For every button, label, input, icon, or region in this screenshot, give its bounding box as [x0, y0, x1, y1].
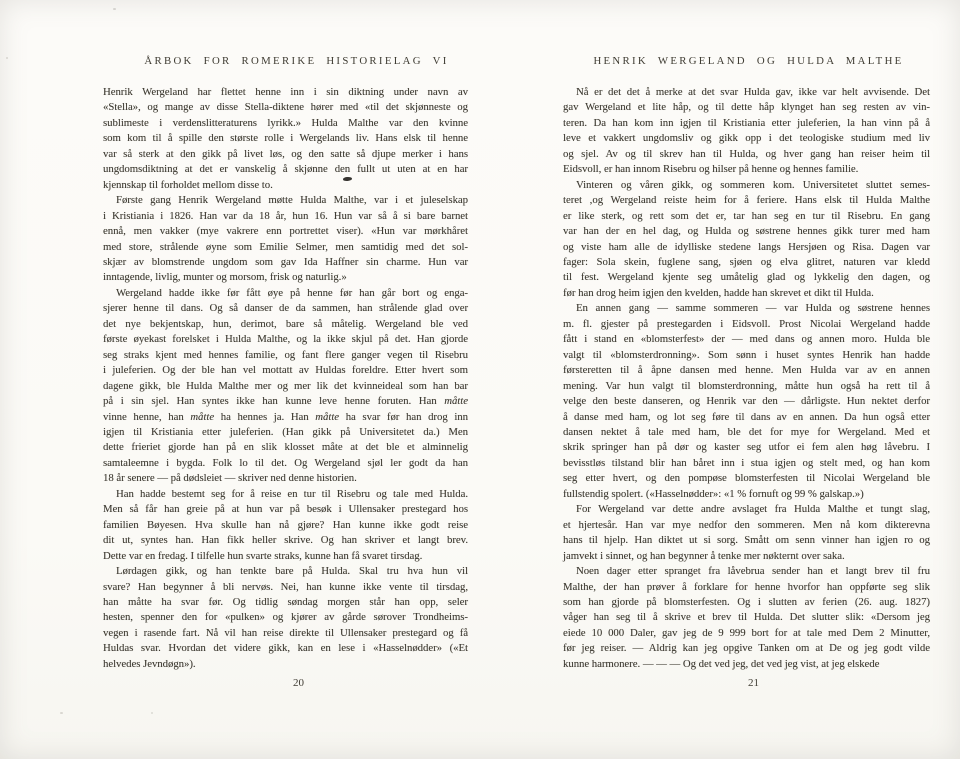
text-line: på i sin sjel. Han syntes ikke han kunne…	[103, 394, 468, 409]
scan-speck	[113, 8, 116, 10]
text-line: er like sterk, og rett som det er, tar h…	[563, 209, 930, 224]
text-line: velge den beste danseren, og Henrik var …	[563, 394, 930, 409]
text-line: før han drog heim igjen den kvelden, had…	[563, 286, 930, 301]
text-line: kunne harmonere. — — — Og det ved jeg, d…	[563, 657, 930, 672]
scan-speck	[6, 57, 8, 59]
text-line: seg etter hvert, og den pompøse blomster…	[563, 471, 930, 486]
text-line: samtaleemne i bygda. Folk lo til det. Og…	[103, 456, 468, 471]
scan-speck	[151, 712, 153, 714]
text-line: mening. Var hun valgt til blomsterdronni…	[563, 379, 930, 394]
text-line: Malthe, der han prøver å forklare for he…	[563, 580, 930, 595]
text-line: det nye bekjentskap, hun, derimot, bare …	[103, 317, 468, 332]
text-line: førsteretten til å åpne dansen med henne…	[563, 363, 930, 378]
text-line: skrik springer han på dør og kaster seg …	[563, 440, 930, 455]
text-line: Vinteren og våren gikk, og sommeren kom.…	[563, 178, 930, 193]
text-line: Dette var en fredag. I tilfelle hun svar…	[103, 549, 468, 564]
right-page-number: 21	[570, 677, 937, 689]
text-line: han måtte ha svar før. Og tidlig søndag …	[103, 595, 468, 610]
text-line: fager: Sola skein, fuglene sang, sjøen o…	[563, 255, 930, 270]
left-page: ÅRBOK FOR ROMERIKE HISTORIELAG VI Henrik…	[103, 0, 468, 759]
right-running-header: HENRIK WERGELAND OG HULDA MALTHE	[565, 55, 932, 67]
text-line: svare? Han begynner å bli nervøs. Nei, h…	[103, 580, 468, 595]
text-line: Han hadde bestemt seg for å reise en tur…	[103, 487, 468, 502]
text-line: teren. Da han kom inn igjen til Kristian…	[563, 116, 930, 131]
text-line: Huldas svar. Hvordan det videre gikk, ka…	[103, 641, 468, 656]
text-line: våger han seg til å skrive et brev til H…	[563, 610, 930, 625]
text-line: En annen gang — samme sommeren — var Hul…	[563, 301, 930, 316]
text-line: vinne henne, han måtte ha hennes ja. Han…	[103, 410, 468, 425]
text-line: sjerer henne til dans. Og så danser de d…	[103, 301, 468, 316]
text-line: hans til hjelp. Han diktet ut si sorg. S…	[563, 533, 930, 548]
text-line: leve et vakkert ungdomsliv og gikk opp i…	[563, 131, 930, 146]
text-line: dagene gikk, ble Hulda Malthe mer og mer…	[103, 379, 468, 394]
text-line: ennå, men vakker (mye vakrere enn portre…	[103, 224, 468, 239]
text-line: «Stella», og mange av disse Stella-dikte…	[103, 100, 468, 115]
text-line: å danse med ham, og lot seg føre til dan…	[563, 410, 930, 425]
text-line: som kom til å spille den største rolle i…	[103, 131, 468, 146]
text-line: ungdomsdiktning at det er vanskelig å sk…	[103, 162, 468, 177]
text-line: hesten, spenner den for «pulken» og kjør…	[103, 610, 468, 625]
text-line: med store, strålende øyne som Emilie Sel…	[103, 240, 468, 255]
text-line: fått i stand en «blomsterfest» der — med…	[563, 332, 930, 347]
text-line: var han der en hel dag, og Hulda og søst…	[563, 224, 930, 239]
text-line: fullstendig spolert. («Hasselnødder»: «1…	[563, 487, 930, 502]
scan-speck	[60, 712, 63, 714]
text-line: dette frieriet gjorde han på en slik klo…	[103, 440, 468, 455]
text-line: seg straks kjent med hennes familie, og …	[103, 348, 468, 363]
left-page-body-text: Henrik Wergeland har flettet henne inn i…	[103, 85, 468, 672]
text-line: teret ,og Wergeland reiste heim for å fe…	[563, 193, 930, 208]
text-line: Wergeland hadde ikke før fått øye på hen…	[103, 286, 468, 301]
left-page-number: 20	[116, 677, 481, 689]
text-line: Eidsvoll, er han innom Risebru og hilser…	[563, 162, 930, 177]
text-line: familien Bøyesen. Hva skulle han nå gjør…	[103, 518, 468, 533]
text-line: og viste ham alle de idylliske stedene l…	[563, 240, 930, 255]
right-page-body-text: Nå er det det å merke at det svar Hulda …	[563, 85, 930, 672]
text-line: Noen dager etter spranget fra låvebrua s…	[563, 564, 930, 579]
text-line: igjen til Kristiania etter juleferien. (…	[103, 425, 468, 440]
right-page: HENRIK WERGELAND OG HULDA MALTHE Nå er d…	[563, 0, 930, 759]
text-line: dansen nektet å tale med ham, ble det fo…	[563, 425, 930, 440]
text-line: Nå er det det å merke at det svar Hulda …	[563, 85, 930, 100]
text-line: gav Wergeland et lite håp, og til dette …	[563, 100, 930, 115]
text-line: dit ut, syntes han. Han fikk heller skri…	[103, 533, 468, 548]
text-line: Henrik Wergeland har flettet henne inn i…	[103, 85, 468, 100]
text-line: Men så får han greie på at hun var på be…	[103, 502, 468, 517]
text-line: Første gang Henrik Wergeland møtte Hulda…	[103, 193, 468, 208]
text-line: 18 år senere — på dødsleiet — skriver ne…	[103, 471, 468, 486]
text-line: i juleferien. Og der ble han vel mottatt…	[103, 363, 468, 378]
text-line: bevisstløs tilstand blir han båret inn i…	[563, 456, 930, 471]
text-line: valgt til «blomsterdronning». Som sønn i…	[563, 348, 930, 363]
text-line: et hjertesår. Han var mye nedfor den som…	[563, 518, 930, 533]
text-line: i Kristiania i 1826. Han var da 18 år, h…	[103, 209, 468, 224]
text-line: skjær av blomstrende ungdom som gav Ida …	[103, 255, 468, 270]
text-line: og sjel. Av og til skrev han til Hulda, …	[563, 147, 930, 162]
text-line: før jeg reiser. — Aldrig kan jeg opgive …	[563, 641, 930, 656]
text-line: vegen i rasende fart. Nå vil han reise d…	[103, 626, 468, 641]
text-line: sublimeste i verdenslitteraturens lyrikk…	[103, 116, 468, 131]
text-line: inntagende, livlig, munter og morsom, fr…	[103, 270, 468, 285]
text-line: helvedes Jevndøgn»).	[103, 657, 468, 672]
text-line: som han gjorde på blomsterfesten. Og i s…	[563, 595, 930, 610]
text-line: m. fl. gjester på prestegarden i Eidsvol…	[563, 317, 930, 332]
left-running-header: ÅRBOK FOR ROMERIKE HISTORIELAG VI	[114, 55, 479, 67]
text-line: Lørdagen gikk, og han tenkte bare på Hul…	[103, 564, 468, 579]
book-scan-spread: ÅRBOK FOR ROMERIKE HISTORIELAG VI Henrik…	[0, 0, 960, 759]
text-line: kjennskap til forholdet mellom disse to.	[103, 178, 468, 193]
text-line: første øyekast forelsket i Hulda Malthe,…	[103, 332, 468, 347]
text-line: jamvekt i sinnet, og han begynner å tenk…	[563, 549, 930, 564]
text-line: var så sterk at den gikk på livet løs, o…	[103, 147, 468, 162]
text-line: eiede 10 000 Daler, gav jeg de 9 999 bor…	[563, 626, 930, 641]
text-line: til fest. Wergeland kjente seg umåtelig …	[563, 270, 930, 285]
text-line: For Wergeland var dette andre avslaget f…	[563, 502, 930, 517]
